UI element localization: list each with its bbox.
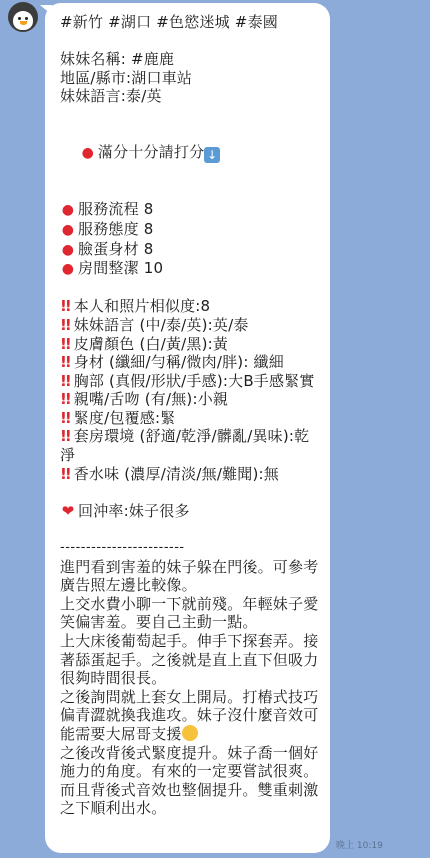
score-item: ●服務流程 8	[60, 200, 320, 220]
balloon-icon: ●	[80, 144, 96, 163]
spacer	[60, 483, 320, 502]
rating-prompt: ●滿分十分請打分↓	[60, 125, 320, 182]
spacer	[60, 520, 320, 539]
double-exclamation-icon: !!	[60, 427, 70, 445]
penguin-avatar[interactable]	[8, 2, 38, 32]
penguin-face-icon	[13, 11, 33, 30]
score-item: ●臉蛋身材 8	[60, 240, 320, 260]
return-rate: ❤回沖率:妹子很多	[60, 502, 320, 521]
detail-item: !!妹妹語言 (中/泰/英):英/泰	[60, 316, 320, 335]
balloon-icon: ●	[60, 241, 76, 260]
beak-icon	[20, 21, 27, 25]
hashtags: #新竹 #湖口 #色慾迷城 #泰國	[60, 13, 320, 32]
review-paragraph: 之後詢問就上套女上開局。打樁式技巧偏青澀就換我進攻。妹子沒什麼音效可能需要大屌哥…	[60, 688, 320, 744]
eye-icon	[18, 17, 21, 20]
review-paragraph: 進門看到害羞的妹子躲在門後。可參考廣告照左邊比較像。	[60, 558, 320, 595]
review-paragraph: 之後改背後式緊度提升。妹子喬一個好施力的角度。有來的一定要嘗試很爽。而且背後式音…	[60, 744, 320, 818]
message-timestamp: 晚上 10:19	[336, 838, 383, 851]
double-exclamation-icon: !!	[60, 390, 70, 408]
down-arrow-icon: ↓	[204, 147, 220, 163]
laughing-emoji-icon	[182, 725, 198, 741]
balloon-icon: ●	[60, 221, 76, 240]
score-item: ●房間整潔 10	[60, 259, 320, 279]
language: 妹妹語言:泰/英	[60, 87, 320, 106]
double-exclamation-icon: !!	[60, 465, 70, 483]
message-bubble[interactable]: #新竹 #湖口 #色慾迷城 #泰國 妹妹名稱: #鹿鹿 地區/縣市:湖口車站 妹…	[45, 3, 330, 853]
balloon-icon: ●	[60, 201, 76, 220]
detail-item: !!親嘴/舌吻 (有/無):小親	[60, 390, 320, 409]
detail-item: !!香水味 (濃厚/清淡/無/難聞):無	[60, 465, 320, 484]
review-paragraph: 上交水費小聊一下就前殘。年輕妹子愛笑偏害羞。要自己主動一點。	[60, 595, 320, 632]
double-exclamation-icon: !!	[60, 297, 70, 315]
heart-icon: ❤	[60, 502, 76, 521]
divider: ------------------------	[60, 539, 320, 558]
detail-item: !!胸部 (真假/形狀/手感):大B手感緊實	[60, 372, 320, 391]
double-exclamation-icon: !!	[60, 409, 70, 427]
review-paragraph: 上大床後葡萄起手。伸手下探套弄。接著舔蛋起手。之後就是直上直下但吸力很夠時間很長…	[60, 632, 320, 688]
balloon-icon: ●	[60, 260, 76, 279]
double-exclamation-icon: !!	[60, 335, 70, 353]
spacer	[60, 279, 320, 298]
score-item: ●服務態度 8	[60, 220, 320, 240]
spacer	[60, 32, 320, 51]
spacer	[60, 182, 320, 201]
detail-item: !!身材 (纖細/勻稱/微肉/胖): 纖細	[60, 353, 320, 372]
detail-item: !!緊度/包覆感:緊	[60, 409, 320, 428]
eye-icon	[25, 17, 28, 20]
spacer	[60, 106, 320, 125]
double-exclamation-icon: !!	[60, 372, 70, 390]
detail-item: !!套房環境 (舒適/乾淨/髒亂/異味):乾淨	[60, 427, 320, 464]
girl-name: 妹妹名稱: #鹿鹿	[60, 50, 320, 69]
double-exclamation-icon: !!	[60, 316, 70, 334]
area: 地區/縣市:湖口車站	[60, 69, 320, 88]
detail-item: !!本人和照片相似度:8	[60, 297, 320, 316]
double-exclamation-icon: !!	[60, 353, 70, 371]
detail-item: !!皮膚顏色 (白/黃/黑):黃	[60, 335, 320, 354]
